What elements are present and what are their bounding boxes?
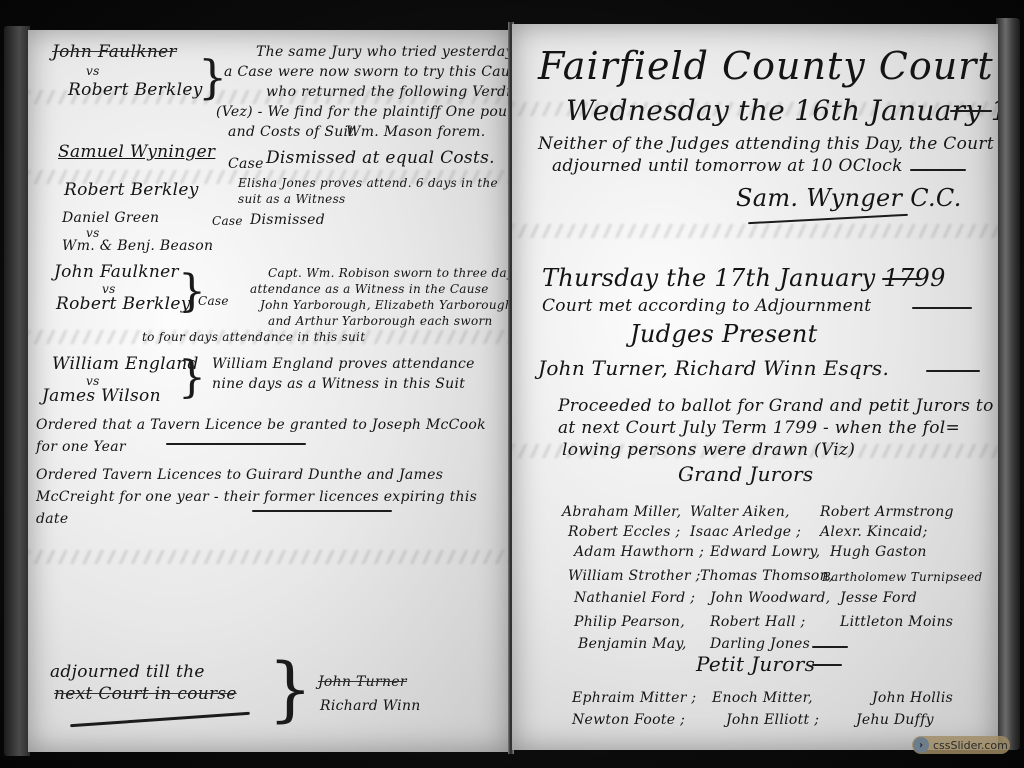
juror-name: John Woodward, — [710, 590, 830, 606]
flourish — [926, 370, 980, 372]
brace: } — [198, 50, 227, 104]
brace: } — [178, 352, 206, 403]
juror-name: Enoch Mitter, — [712, 690, 813, 706]
juror-name: Isaac Arledge ; — [690, 524, 801, 540]
party-defendant: Robert Berkley — [56, 294, 191, 314]
flourish — [812, 646, 848, 648]
juror-name: Robert Hall ; — [710, 614, 806, 630]
clerk-signature: Sam. Wynger C.C. — [736, 184, 962, 212]
entry-text: William England proves attendance — [212, 356, 475, 372]
entry-text: to four days attendance in this suit — [142, 330, 365, 344]
juror-name: Robert Armstrong — [820, 504, 954, 520]
juror-name: Adam Hawthorn ; — [574, 544, 704, 560]
ink-bleed — [512, 224, 998, 238]
adjournment-note: next Court in course — [54, 684, 237, 704]
ballot-text: Proceeded to ballot for Grand and petit … — [558, 396, 998, 416]
entry-text: Elisha Jones proves attend. 6 days in th… — [238, 176, 498, 190]
foreman-signature: Wm. Mason forem. — [346, 124, 485, 140]
juror-name: Benjamin May, — [578, 636, 687, 652]
entry-text: suit as a Witness — [238, 192, 346, 206]
juror-name: Littleton Moins — [840, 614, 953, 630]
right-ledger-page: Fairfield County Court Wednesday the 16t… — [512, 24, 998, 750]
entry-text: and Arthur Yarborough each sworn — [268, 314, 493, 328]
flourish — [70, 712, 250, 728]
juror-name: Bartholomew Turnipseed — [822, 570, 982, 584]
juror-name: Philip Pearson, — [574, 614, 685, 630]
juror-name: Walter Aiken, — [690, 504, 790, 520]
judges-list: John Turner, Richard Winn Esqrs. — [538, 356, 889, 380]
juror-name: Jesse Ford — [840, 590, 917, 606]
left-ledger-page: John Faulkner vs Robert Berkley } The sa… — [28, 30, 510, 752]
juror-name: Edward Lowry, — [710, 544, 820, 560]
judge-signature: Richard Winn — [320, 698, 421, 714]
adjournment-note: adjourned till the — [50, 662, 205, 682]
case-label: Case — [228, 156, 264, 172]
juror-name: Robert Eccles ; — [568, 524, 681, 540]
court-order: Ordered Tavern Licences to Guirard Dunth… — [36, 464, 496, 530]
entry-text: (Vez) - We find for the plaintiff One po… — [216, 104, 510, 120]
ink-bleed — [28, 550, 510, 564]
party-defendant: James Wilson — [42, 386, 161, 406]
party-defendant: Robert Berkley — [68, 80, 203, 100]
entry-text: attendance as a Witness in the Cause — [250, 282, 489, 296]
flourish — [912, 307, 972, 309]
flourish — [812, 664, 842, 666]
party-plaintiff: William England — [52, 354, 199, 374]
ballot-text: lowing persons were drawn (Viz) — [562, 440, 855, 460]
party-plaintiff: John Faulkner — [54, 262, 179, 282]
court-order: Ordered that a Tavern Licence be granted… — [36, 414, 496, 458]
flourish — [882, 278, 922, 280]
entry-text: nine days as a Witness in this Suit — [212, 376, 465, 392]
party-defendant: Robert Berkley — [64, 180, 199, 200]
juror-name: Jehu Duffy — [856, 712, 934, 728]
court-title: Fairfield County Court — [538, 44, 994, 88]
entry-text: John Yarborough, Elizabeth Yarborough — [260, 298, 510, 312]
juror-name: Ephraim Mitter ; — [572, 690, 696, 706]
brace: } — [268, 648, 313, 730]
entry-text: a Case were now sworn to try this Cause, — [224, 64, 510, 80]
session-heading: Wednesday the 16th January 1799 — [566, 94, 998, 127]
cssslider-watermark-link[interactable]: › cssSlider.com — [912, 736, 1010, 754]
case-label: Case — [198, 294, 229, 308]
party-plaintiff: John Faulkner — [52, 42, 177, 62]
juror-name: Darling Jones — [710, 636, 810, 652]
flourish — [910, 169, 966, 171]
flourish — [166, 443, 306, 445]
juror-name: Hugh Gaston — [830, 544, 927, 560]
entry-text: Dismissed at equal Costs. — [266, 148, 495, 168]
judges-heading: Judges Present — [630, 320, 818, 348]
versus-label: vs — [86, 64, 100, 78]
book-cover-right — [996, 18, 1020, 750]
juror-name: William Strother ; — [568, 568, 701, 584]
flourish — [950, 110, 992, 112]
petit-jurors-heading: Petit Jurors — [696, 652, 815, 676]
juror-name: Nathaniel Ford ; — [574, 590, 695, 606]
juror-name: Newton Foote ; — [572, 712, 685, 728]
entry-text: Capt. Wm. Robison sworn to three days — [268, 266, 510, 280]
ballot-text: at next Court July Term 1799 - when the … — [558, 418, 960, 438]
book-cover-left — [4, 26, 30, 756]
session-text: Court met according to Adjournment — [542, 296, 871, 316]
session-text: Neither of the Judges attending this Day… — [538, 134, 998, 154]
entry-text: Dismissed — [250, 212, 325, 228]
party-plaintiff: Daniel Green — [62, 210, 159, 226]
flourish — [252, 510, 392, 512]
entry-text: who returned the following Verdict — [266, 84, 510, 100]
watermark-label: cssSlider.com — [933, 739, 1008, 752]
party-defendant: Wm. & Benj. Beason — [62, 238, 213, 254]
chevron-right-icon: › — [913, 737, 929, 753]
session-text: adjourned until tomorrow at 10 OClock — [552, 156, 903, 176]
case-label: Case — [212, 214, 243, 228]
flourish — [748, 214, 908, 224]
juror-name: Thomas Thomson, — [700, 568, 834, 584]
grand-jurors-heading: Grand Jurors — [678, 462, 813, 486]
juror-name: Alexr. Kincaid; — [820, 524, 928, 540]
juror-name: John Hollis — [872, 690, 953, 706]
juror-name: Abraham Miller, — [562, 504, 681, 520]
judge-signature: John Turner — [318, 674, 407, 690]
entry-text: The same Jury who tried yesterday — [256, 44, 510, 60]
brace: } — [178, 266, 206, 317]
entry-text: and Costs of Suit — [228, 124, 354, 140]
juror-name: John Elliott ; — [726, 712, 819, 728]
party-plaintiff: Samuel Wyninger — [58, 142, 215, 162]
